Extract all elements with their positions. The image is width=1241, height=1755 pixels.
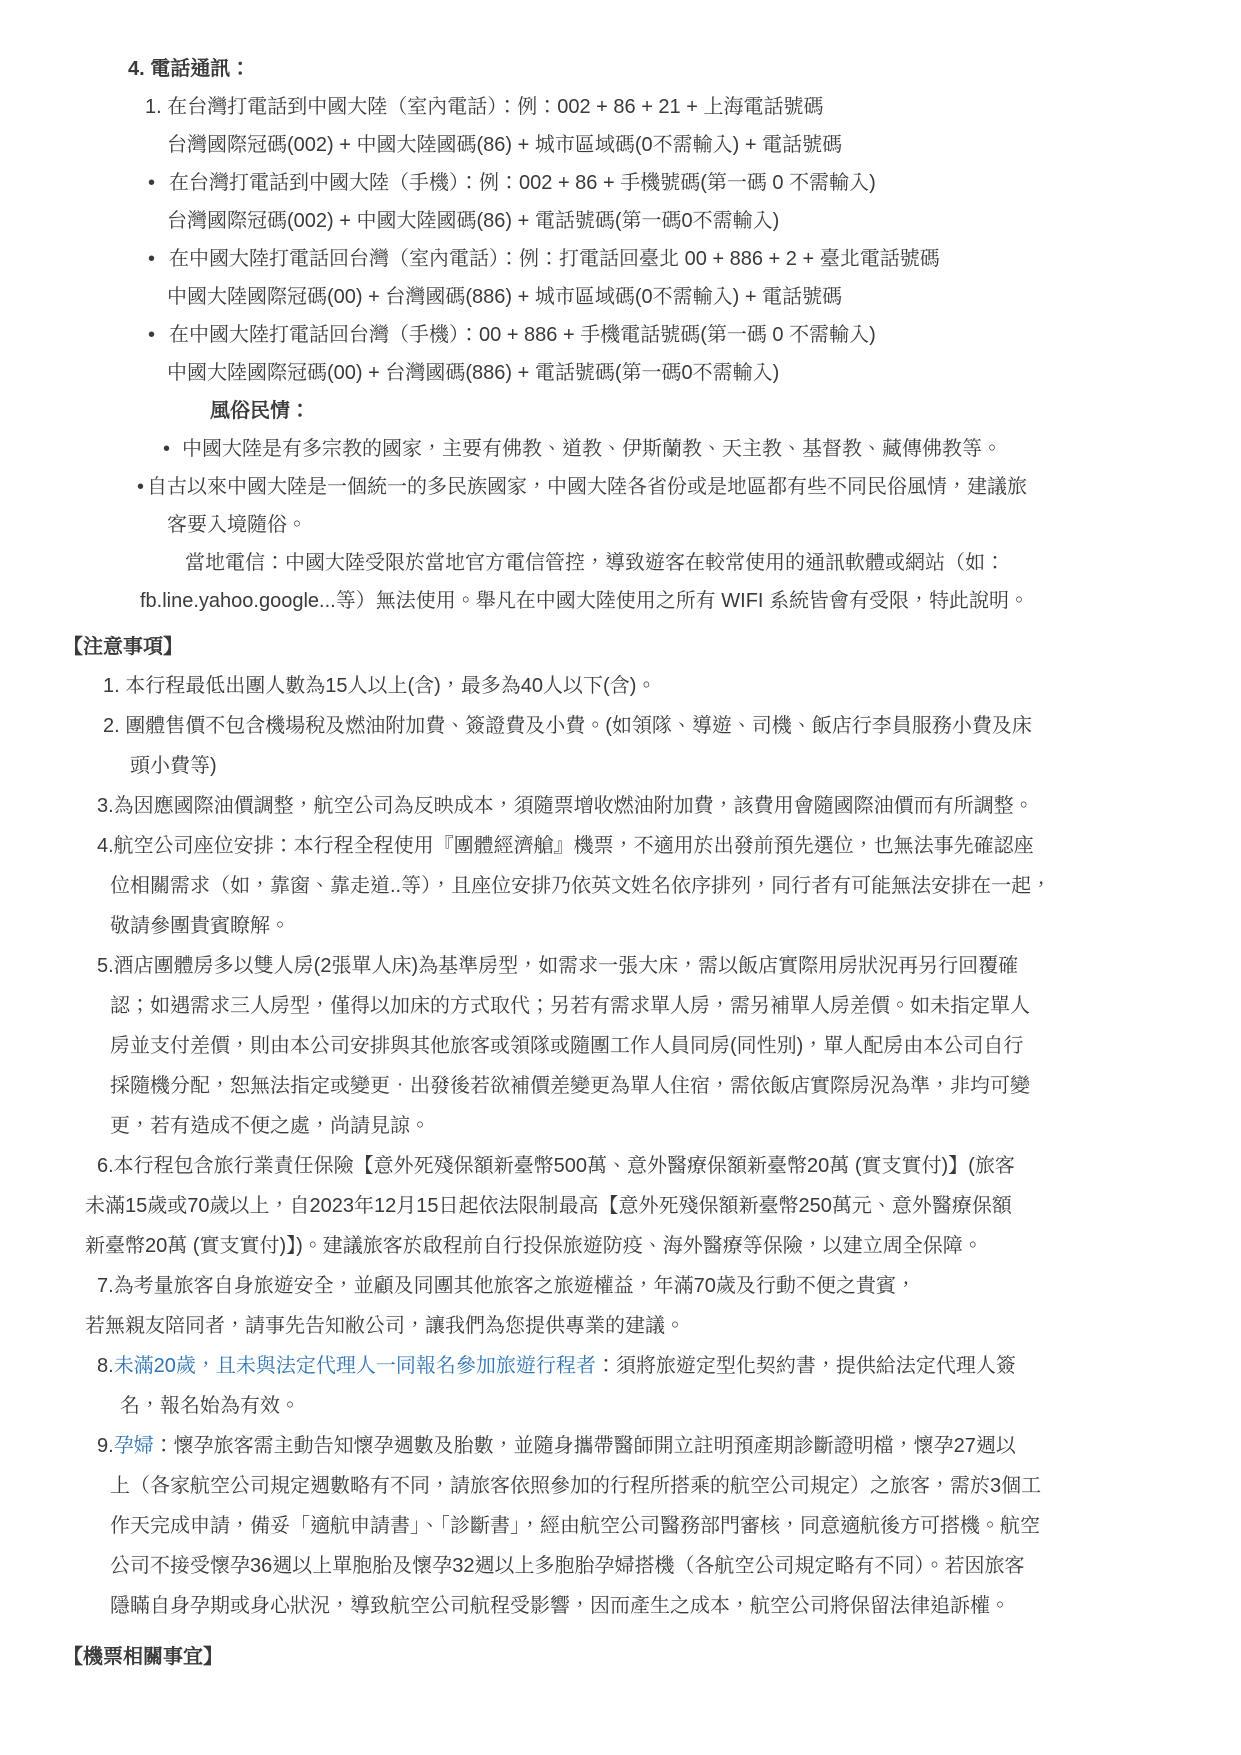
note-8-rest: ：須將旅遊定型化契約書，提供給法定代理人簽	[596, 1355, 1016, 1377]
note-2-line2: 頭小費等)	[0, 746, 1241, 786]
phone-item1-line2: 台灣國際冠碼(002) + 中國大陸國碼(86) + 城市區域碼(0不需輸入) …	[0, 126, 1241, 164]
bullet-icon: •	[148, 240, 155, 278]
note-8-line2: 名，報名始為有效。	[0, 1386, 1241, 1426]
note-5-line2: 認；如遇需求三人房型，僅得以加床的方式取代；另若有需求單人房，需另補單人房差價。…	[0, 986, 1241, 1026]
note-9-line5: 隱瞞自身孕期或身心狀況，導致航空公司航程受影響，因而產生之成本，航空公司將保留法…	[0, 1586, 1241, 1626]
note-9-line4: 公司不接受懷孕36週以上單胞胎及懷孕32週以上多胞胎孕婦搭機（各航空公司規定略有…	[0, 1546, 1241, 1586]
note-6-line2: 未滿15歲或70歲以上，自2023年12月15日起依法限制最高【意外死殘保額新臺…	[0, 1186, 1241, 1226]
customs-bullet1-text: 中國大陸是有多宗教的國家，主要有佛教、道教、伊斯蘭教、天主教、基督教、藏傳佛教等…	[182, 438, 1002, 460]
note-5-line5: 更，若有造成不便之處，尚請見諒。	[0, 1106, 1241, 1146]
note-6-line1: 6.本行程包含旅行業責任保險【意外死殘保額新臺幣500萬、意外醫療保額新臺幣20…	[0, 1146, 1241, 1186]
note-9-line3: 作天完成申請，備妥「適航申請書」、「診斷書」，經由航空公司醫務部門審核，同意適航…	[0, 1506, 1241, 1546]
phone-item2-text: 在台灣打電話到中國大陸（手機）：例：002 + 86 + 手機號碼(第一碼 0 …	[169, 172, 876, 194]
phone-item3-text: 在中國大陸打電話回台灣（室內電話）：例：打電話回臺北 00 + 886 + 2 …	[169, 248, 940, 270]
phone-item3-line1: •在中國大陸打電話回台灣（室內電話）：例：打電話回臺北 00 + 886 + 2…	[0, 240, 1241, 278]
note-9-line2: 上（各家航空公司規定週數略有不同，請旅客依照參加的行程所搭乘的航空公司規定）之旅…	[0, 1466, 1241, 1506]
customs-bullet1: •中國大陸是有多宗教的國家，主要有佛教、道教、伊斯蘭教、天主教、基督教、藏傳佛教…	[0, 430, 1241, 468]
note-9-highlight: 孕婦	[114, 1435, 154, 1457]
customs-bullet2-line2: 客要入境隨俗。	[0, 506, 1241, 544]
note-6-line3: 新臺幣20萬 (實支實付)】)。建議旅客於啟程前自行投保旅遊防疫、海外醫療等保險…	[0, 1226, 1241, 1266]
note-2-line1: 2. 團體售價不包含機場稅及燃油附加費、簽證費及小費。(如領隊、導遊、司機、飯店…	[0, 706, 1241, 746]
phone-item4-line2: 中國大陸國際冠碼(00) + 台灣國碼(886) + 電話號碼(第一碼0不需輸入…	[0, 354, 1241, 392]
customs-section-heading: 風俗民情：	[0, 392, 1241, 430]
note-4-line2: 位相關需求（如，靠窗、靠走道..等），且座位安排乃依英文姓名依序排列，同行者有可…	[0, 866, 1241, 906]
note-4-line1: 4.航空公司座位安排：本行程全程使用『團體經濟艙』機票，不適用於出發前預先選位，…	[0, 826, 1241, 866]
note-8-number: 8.	[97, 1355, 114, 1377]
note-1: 1. 本行程最低出團人數為15人以上(含)，最多為40人以下(含)。	[0, 666, 1241, 706]
note-4-line3: 敬請參團貴賓瞭解。	[0, 906, 1241, 946]
telecom-note-line2: fb.line.yahoo.google...等）無法使用。舉凡在中國大陸使用之…	[0, 582, 1241, 620]
note-7-line1: 7.為考量旅客自身旅遊安全，並顧及同團其他旅客之旅遊權益，年滿70歲及行動不便之…	[0, 1266, 1241, 1306]
note-5-line3: 房並支付差價，則由本公司安排與其他旅客或領隊或隨團工作人員同房(同性別)，單人配…	[0, 1026, 1241, 1066]
phone-item1-line1: 1. 在台灣打電話到中國大陸（室內電話）：例：002 + 86 + 21 + 上…	[0, 88, 1241, 126]
phone-item2-line1: •在台灣打電話到中國大陸（手機）：例：002 + 86 + 手機號碼(第一碼 0…	[0, 164, 1241, 202]
phone-item3-line2: 中國大陸國際冠碼(00) + 台灣國碼(886) + 城市區域碼(0不需輸入) …	[0, 278, 1241, 316]
phone-section-heading: 4. 電話通訊：	[0, 50, 1241, 88]
note-9-line1: 9.孕婦：懷孕旅客需主動告知懷孕週數及胎數，並隨身攜帶醫師開立註明預產期診斷證明…	[0, 1426, 1241, 1466]
customs-bullet2-line1: •自古以來中國大陸是一個統一的多民族國家，中國大陸各省份或是地區都有些不同民俗風…	[0, 468, 1241, 506]
bullet-icon: •	[163, 430, 170, 468]
notes-section-heading: 【注意事項】	[0, 628, 1241, 666]
bullet-icon: •	[137, 468, 144, 506]
phone-item4-line1: •在中國大陸打電話回台灣（手機）：00 + 886 + 手機電話號碼(第一碼 0…	[0, 316, 1241, 354]
document-page: 4. 電話通訊： 1. 在台灣打電話到中國大陸（室內電話）：例：002 + 86…	[0, 0, 1241, 1755]
phone-item4-text: 在中國大陸打電話回台灣（手機）：00 + 886 + 手機電話號碼(第一碼 0 …	[169, 324, 876, 346]
bullet-icon: •	[148, 316, 155, 354]
telecom-note-line1: 當地電信：中國大陸受限於當地官方電信管控，導致遊客在較常使用的通訊軟體或網站（如…	[0, 544, 1241, 582]
note-9-rest: ：懷孕旅客需主動告知懷孕週數及胎數，並隨身攜帶醫師開立註明預產期診斷證明檔，懷孕…	[154, 1435, 1016, 1457]
phone-item2-line2: 台灣國際冠碼(002) + 中國大陸國碼(86) + 電話號碼(第一碼0不需輸入…	[0, 202, 1241, 240]
tickets-section-heading: 【機票相關事宜】	[0, 1638, 1241, 1676]
bullet-icon: •	[148, 164, 155, 202]
note-8-highlight: 未滿20歲，且未與法定代理人一同報名參加旅遊行程者	[114, 1355, 596, 1377]
note-5-line4: 採隨機分配，恕無法指定或變更．出發後若欲補價差變更為單人住宿，需依飯店實際房況為…	[0, 1066, 1241, 1106]
note-9-number: 9.	[97, 1435, 114, 1457]
note-5-line1: 5.酒店團體房多以雙人房(2張單人床)為基準房型，如需求一張大床，需以飯店實際用…	[0, 946, 1241, 986]
note-7-line2: 若無親友陪同者，請事先告知敝公司，讓我們為您提供專業的建議。	[0, 1306, 1241, 1346]
note-3: 3.為因應國際油價調整，航空公司為反映成本，須隨票增收燃油附加費，該費用會隨國際…	[0, 786, 1241, 826]
customs-bullet2-text: 自古以來中國大陸是一個統一的多民族國家，中國大陸各省份或是地區都有些不同民俗風情…	[147, 476, 1027, 498]
note-8-line1: 8.未滿20歲，且未與法定代理人一同報名參加旅遊行程者：須將旅遊定型化契約書，提…	[0, 1346, 1241, 1386]
